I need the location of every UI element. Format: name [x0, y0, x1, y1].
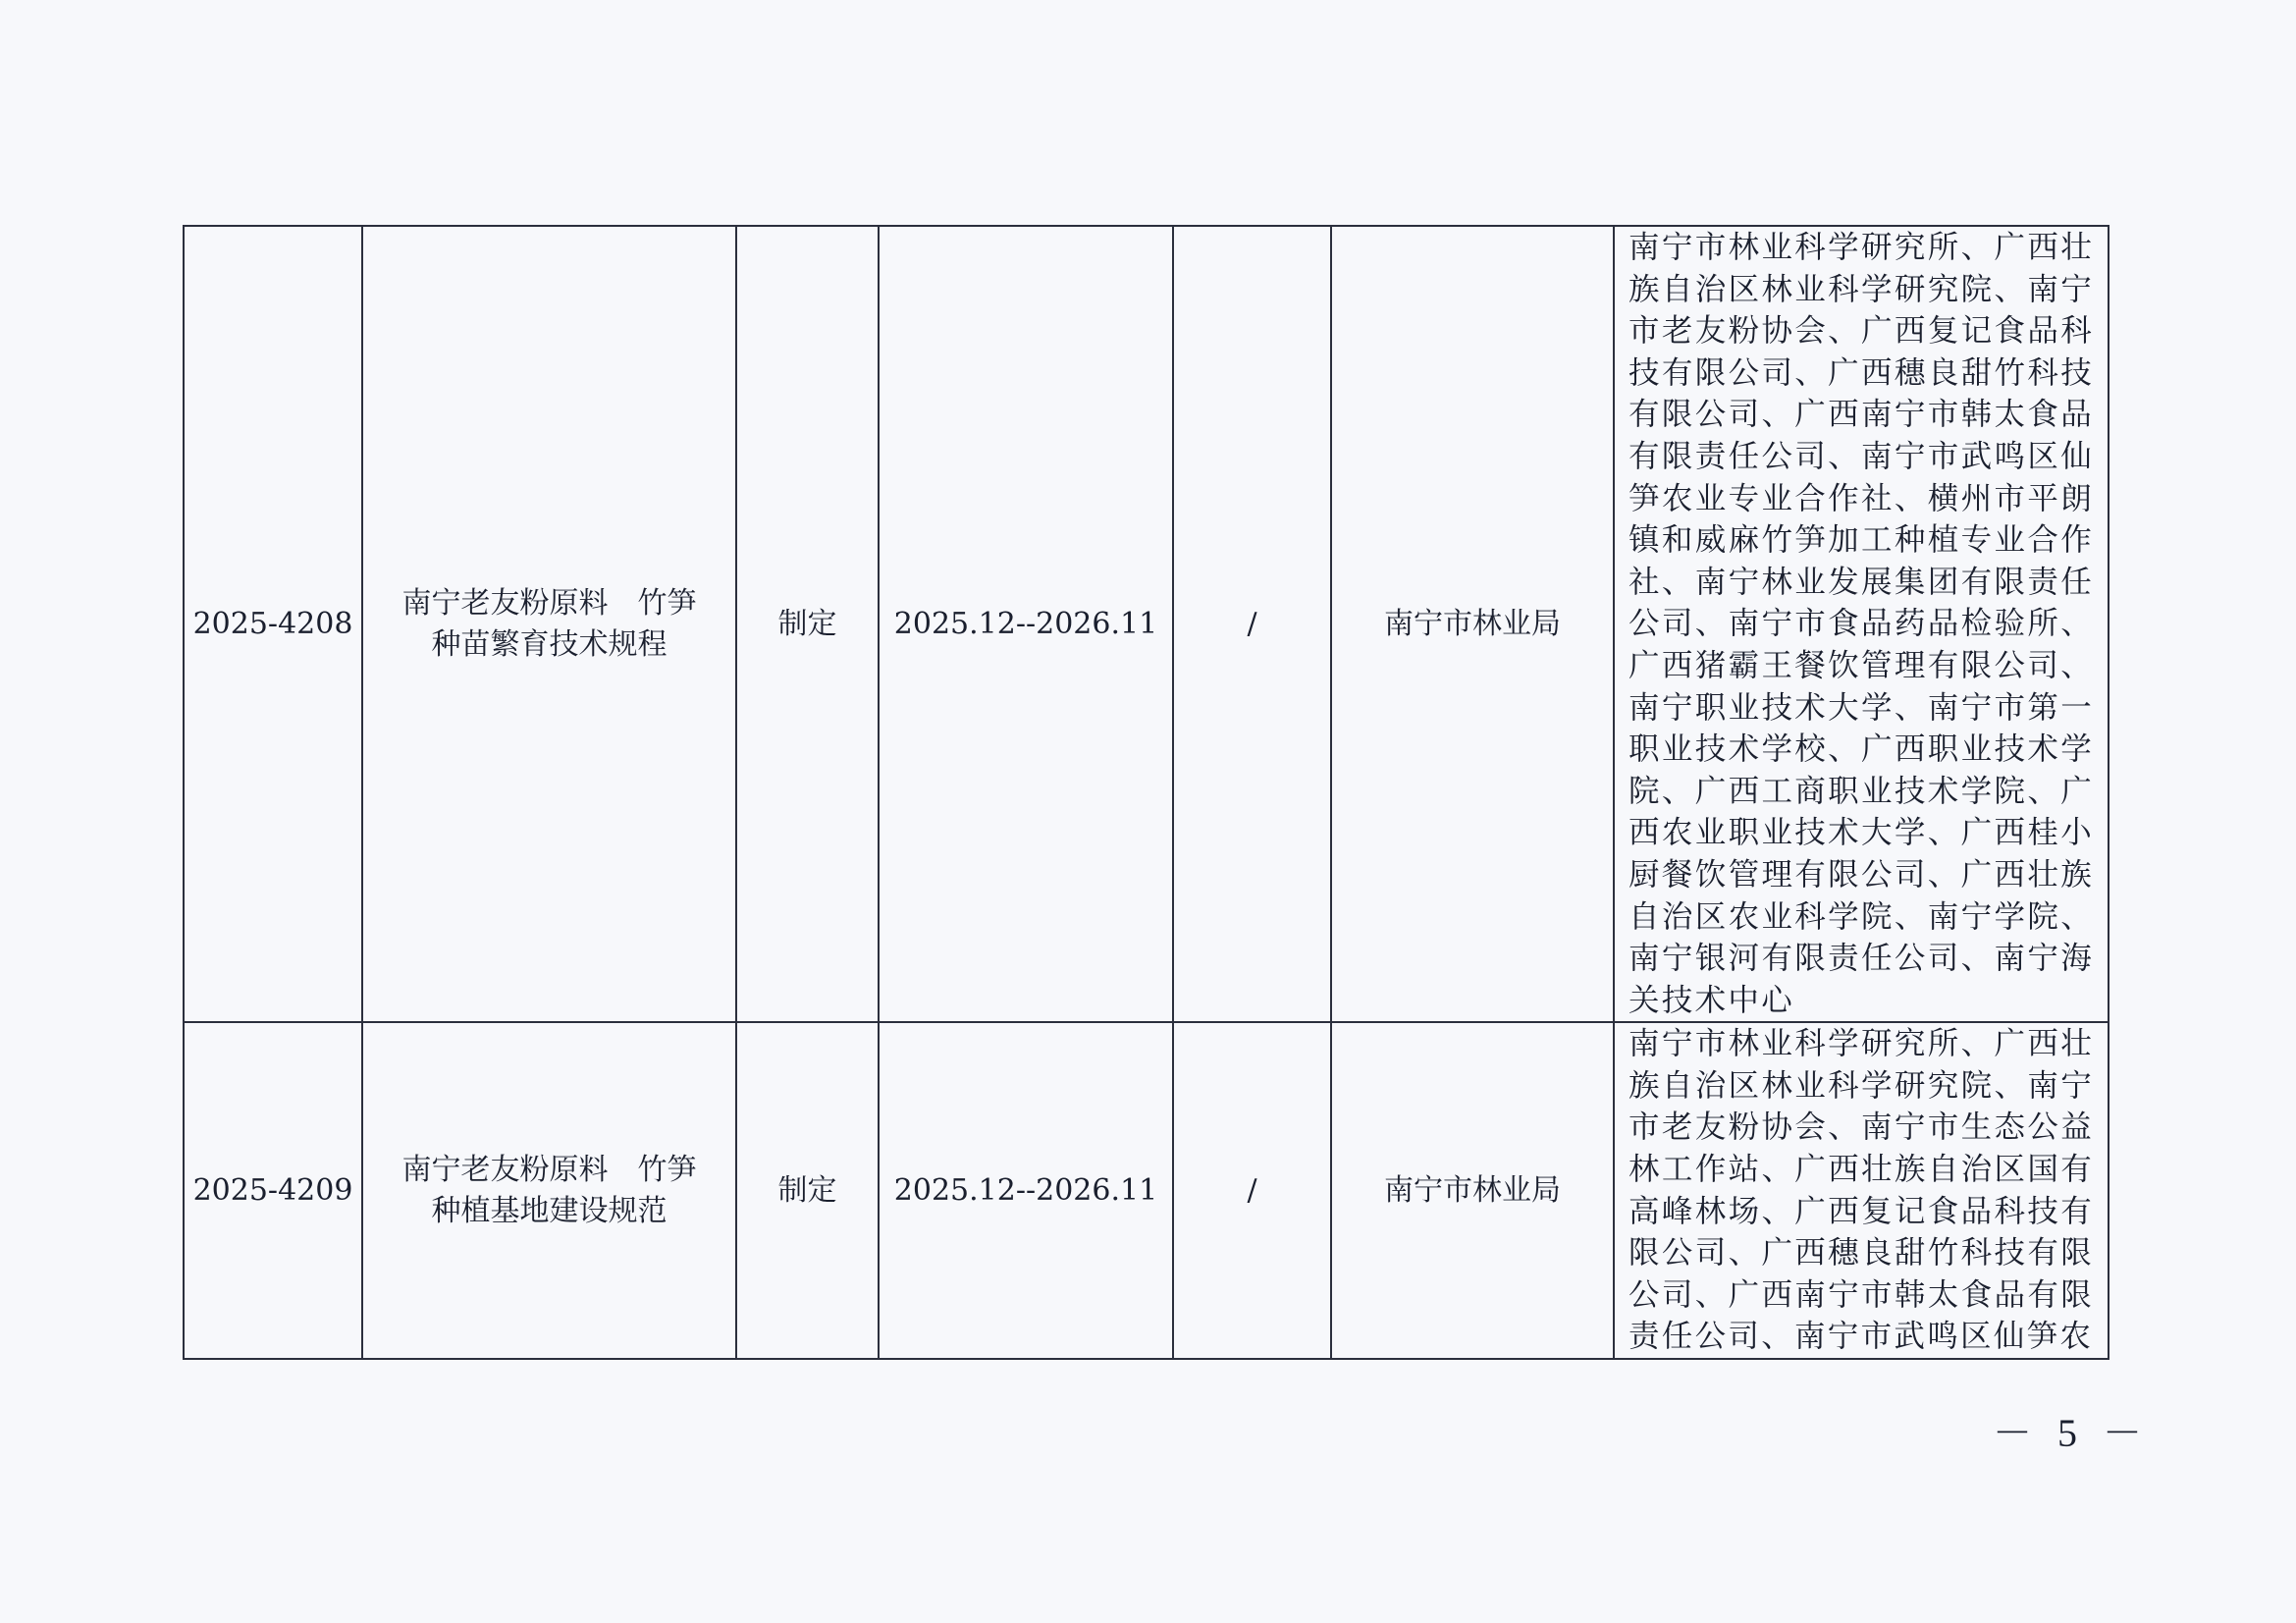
standard-name-line2: 种植基地建设规范	[373, 1191, 725, 1232]
standard-name-cell: 南宁老友粉原料 竹笋 种苗繁育技术规程	[362, 226, 736, 1022]
standard-name-cell: 南宁老友粉原料 竹笋 种植基地建设规范	[362, 1022, 736, 1359]
competent-department-cell: 南宁市林业局	[1331, 226, 1614, 1022]
document-page: 2025-4208 南宁老友粉原料 竹笋 种苗繁育技术规程 制定 2025.12…	[0, 0, 2296, 1623]
page-number: － 5 －	[1993, 1402, 2150, 1458]
period-cell: 2025.12--2026.11	[879, 226, 1173, 1022]
standards-plan-table: 2025-4208 南宁老友粉原料 竹笋 种苗繁育技术规程 制定 2025.12…	[183, 225, 2109, 1360]
competent-department-cell: 南宁市林业局	[1331, 1022, 1614, 1359]
standard-name-line2: 种苗繁育技术规程	[373, 624, 725, 666]
standard-name-line1: 南宁老友粉原料 竹笋	[373, 1150, 725, 1191]
plan-number-cell: 2025-4209	[184, 1022, 362, 1359]
type-cell: 制定	[736, 226, 879, 1022]
drafting-units-cell: 南宁市林业科学研究所、广西壮族自治区林业科学研究院、南宁市老友粉协会、南宁市生态…	[1614, 1022, 2109, 1359]
plan-number-cell: 2025-4208	[184, 226, 362, 1022]
period-cell: 2025.12--2026.11	[879, 1022, 1173, 1359]
standard-name-line1: 南宁老友粉原料 竹笋	[373, 583, 725, 624]
type-cell: 制定	[736, 1022, 879, 1359]
table-row: 2025-4209 南宁老友粉原料 竹笋 种植基地建设规范 制定 2025.12…	[184, 1022, 2109, 1359]
drafting-units-cell: 南宁市林业科学研究所、广西壮族自治区林业科学研究院、南宁市老友粉协会、广西复记食…	[1614, 226, 2109, 1022]
table-row: 2025-4208 南宁老友粉原料 竹笋 种苗繁育技术规程 制定 2025.12…	[184, 226, 2109, 1022]
replaced-standard-cell: /	[1173, 1022, 1331, 1359]
replaced-standard-cell: /	[1173, 226, 1331, 1022]
